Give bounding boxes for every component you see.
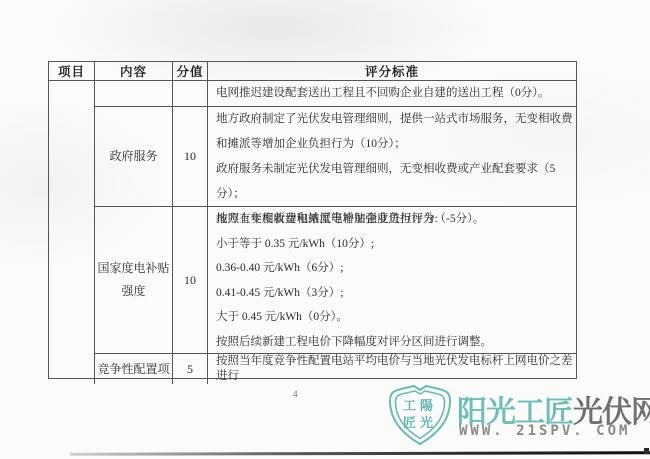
score-cell: 10: [173, 107, 208, 206]
scoring-table: 项目 内容 分值 评分标准 电网推迟建设配套送出工程且不回购企业自建的送出工程（…: [48, 61, 577, 379]
table-body: 电网推迟建设配套送出工程且不回购企业自建的送出工程（0分）。 政府服务 10 地…: [49, 81, 576, 384]
criteria-line: 按照后续新建工程电价下降幅度对评分区间进行调整。: [216, 330, 574, 355]
table-row: 竞争性配置项 5 按照当年度竞争性配置电站平均电价与当地光伏发电标杆上网电价之差…: [95, 354, 576, 384]
project-merged-cell: [49, 81, 95, 384]
content-cell: 国家度电补贴强度: [95, 207, 173, 353]
header-criteria: 评分标准: [208, 62, 576, 80]
header-score: 分值: [173, 62, 208, 80]
criteria-cell: 地方政府制定了光伏发电管理细则，提供一站式市场服务，无变相收费和摊派等增加企业负…: [208, 107, 576, 206]
criteria-cell: 电网推迟建设配套送出工程且不回购企业自建的送出工程（0分）。: [208, 81, 576, 106]
criteria-line: 0.36-0.40 元/kWh（6分）;: [216, 256, 574, 281]
brand-shield-icon: 工陽 匠光: [387, 383, 453, 447]
criteria-line: 大于 0.45 元/kWh（0分）。: [216, 305, 574, 330]
content-cell: 政府服务: [95, 107, 173, 206]
content-cell: [95, 81, 173, 106]
criteria-cell: 按照上年度新建电站度电补贴强度进行评分: 小于等于 0.35 元/kWh（10分…: [208, 207, 576, 353]
header-project: 项目: [49, 62, 95, 80]
header-content: 内容: [95, 62, 173, 80]
criteria-line: 按照当年度竞争性配置电站平均电价与当地光伏发电标杆上网电价之差进行: [216, 354, 574, 384]
table-row: 国家度电补贴强度 10 按照上年度新建电站度电补贴强度进行评分: 小于等于 0.…: [95, 207, 576, 354]
scanned-document-page: { "page": { "page_number": "4" }, "table…: [0, 0, 650, 459]
score-cell: [173, 81, 208, 106]
criteria-line: 电网推迟建设配套送出工程且不回购企业自建的送出工程（0分）。: [216, 81, 574, 106]
shield-text-top: 工陽: [403, 398, 437, 413]
criteria-line: 小于等于 0.35 元/kWh（10分）;: [216, 232, 574, 257]
page-number: 4: [293, 389, 298, 399]
score-cell: 10: [173, 207, 208, 353]
criteria-line: 政府服务未制定光伏发电管理细则，无变相收费或产业配套要求（5分）；: [216, 157, 574, 207]
scan-bottom-edge: [70, 451, 650, 456]
brand-url: WWW. 21SPV. COM: [459, 423, 630, 439]
criteria-line: 按照上年度新建电站度电补贴强度进行评分:: [216, 207, 574, 232]
scan-corner-mark: [644, 448, 649, 454]
criteria-cell: 按照当年度竞争性配置电站平均电价与当地光伏发电标杆上网电价之差进行: [208, 354, 576, 384]
table-header-row: 项目 内容 分值 评分标准: [49, 62, 576, 81]
table-row: 电网推迟建设配套送出工程且不回购企业自建的送出工程（0分）。: [95, 81, 576, 107]
content-cell: 竞争性配置项: [95, 354, 173, 384]
criteria-line: 0.41-0.45 元/kWh（3分）;: [216, 281, 574, 306]
criteria-line: 地方政府制定了光伏发电管理细则，提供一站式市场服务，无变相收费和摊派等增加企业负…: [216, 107, 574, 157]
table-row: 政府服务 10 地方政府制定了光伏发电管理细则，提供一站式市场服务，无变相收费和…: [95, 107, 576, 207]
shield-text-bottom: 匠光: [403, 415, 437, 430]
score-cell: 5: [173, 354, 208, 384]
